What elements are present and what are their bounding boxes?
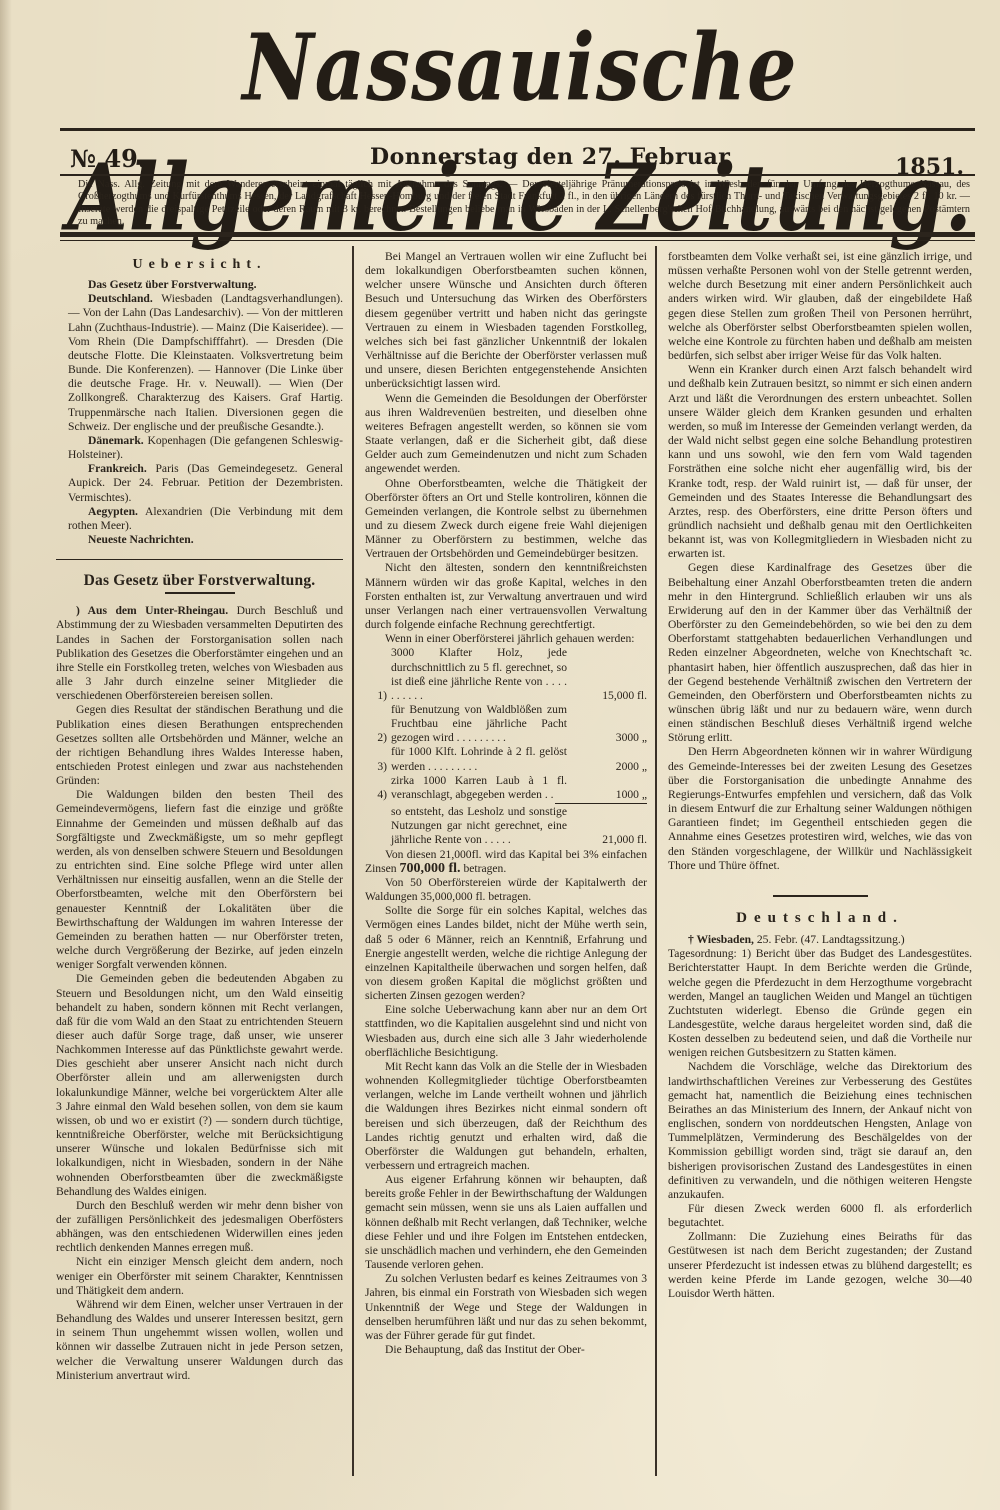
capital-text-end: betragen.: [463, 862, 506, 875]
article-paragraph: Sollte die Sorge für ein solches Kapital…: [365, 904, 647, 1003]
article-paragraph: Den Herrn Abgeordneten können wir in wah…: [668, 745, 972, 872]
calc-total-row: so entsteht, das Lesholz und sonstige Nu…: [365, 805, 647, 847]
calc-row: 4) zirka 1000 Karren Laub à 1 fl. verans…: [365, 774, 647, 802]
calc-text: 3000 Klafter Holz, jede durchschnittlich…: [391, 646, 567, 703]
article-lead: ) Aus dem Unter-Rheingau.: [76, 604, 228, 617]
article-paragraph: Wenn in einer Oberförsterei jährlich geh…: [365, 632, 647, 646]
dateline-rest: 25. Febr. (47. Landtagssitzung.): [757, 933, 905, 946]
issue-number: № 49.: [70, 144, 146, 173]
article-paragraph: Mit Recht kann das Volk an die Stelle de…: [365, 1060, 647, 1173]
overview-item-head: Aegypten.: [88, 505, 138, 518]
article-paragraph: ) Aus dem Unter-Rheingau. Durch Beschluß…: [56, 604, 343, 703]
article-paragraph: Gegen dies Resultat der ständischen Bera…: [56, 703, 343, 788]
article-paragraph: Tagesordnung: 1) Bericht über das Budget…: [668, 947, 972, 1060]
overview-item-text: Wiesbaden (Landtagsverhandlungen). — Von…: [68, 292, 343, 432]
calc-value: 15,000 fl.: [567, 689, 647, 703]
calc-total-value: 21,000 fl.: [567, 833, 647, 847]
article-paragraph: Für diesen Zweck werden 6000 fl. als erf…: [668, 1202, 972, 1230]
calc-number: 3): [365, 760, 391, 774]
issue-year: 1851.: [895, 154, 964, 180]
dateline-rule: [60, 174, 975, 176]
column-3: forstbeamten dem Volke verhaßt sei, ist …: [668, 250, 972, 1301]
article-paragraph: forstbeamten dem Volke verhaßt sei, ist …: [668, 250, 972, 363]
overview-list: Das Gesetz über Forstverwaltung. Deutsch…: [56, 278, 343, 547]
article-paragraph: Ohne Oberforstbeamten, welche die Thätig…: [365, 477, 647, 562]
article-paragraph: Zollmann: Die Zuziehung eines Beiraths f…: [668, 1230, 972, 1301]
article-paragraph: Nicht ein einziger Mensch gleicht dem an…: [56, 1255, 343, 1297]
overview-item: Frankreich. Paris (Das Gemeindegesetz. G…: [56, 462, 343, 504]
article-paragraph: Von 50 Oberförstereien würde der Kapital…: [365, 876, 647, 904]
article-germany-title: Deutschland.: [668, 911, 972, 925]
capital-value: 700,000 fl.: [399, 861, 460, 876]
calc-number: 4): [365, 788, 391, 802]
article-paragraph: Wenn ein Kranker durch einen Arzt falsch…: [668, 363, 972, 561]
calc-row: 2) für Benutzung von Waldblößen zum Fruc…: [365, 703, 647, 745]
article-paragraph: Zu solchen Verlusten bedarf es keines Ze…: [365, 1272, 647, 1343]
overview-divider: [56, 559, 343, 560]
overview-item: Aegypten. Alexandrien (Die Verbindung mi…: [56, 505, 343, 533]
overview-item-head: Dänemark.: [88, 434, 144, 447]
calc-text: zirka 1000 Karren Laub à 1 fl. veranschl…: [391, 774, 567, 802]
article-paragraph: Durch den Beschluß werden wir mehr denn …: [56, 1199, 343, 1256]
column-divider-1: [352, 246, 354, 1476]
calc-row: 1) 3000 Klafter Holz, jede durchschnittl…: [365, 646, 647, 703]
article-paragraph: Nachdem die Vorschläge, welche das Direk…: [668, 1060, 972, 1202]
overview-item-head: Das Gesetz über Forstverwaltung.: [88, 278, 257, 291]
article-paragraph: Die Gemeinden geben die bedeutenden Abga…: [56, 972, 343, 1199]
page-binding-shadow: [0, 0, 12, 1510]
capital-paragraph: Von diesen 21,000fl. wird das Kapital be…: [365, 848, 647, 876]
article-forest-title: Das Gesetz über Forstverwaltung.: [56, 574, 343, 588]
article-paragraph: Gegen diese Kardinalfrage des Gesetzes ü…: [668, 561, 972, 745]
revenue-calculation: 1) 3000 Klafter Holz, jede durchschnittl…: [365, 646, 647, 847]
article-paragraph: Aus eigener Erfahrung können wir behaupt…: [365, 1173, 647, 1272]
calc-total-text: so entsteht, das Lesholz und sonstige Nu…: [391, 805, 567, 847]
sum-rule: [555, 803, 647, 804]
notice-rule-thin: [60, 240, 975, 241]
article-paragraph: Während wir dem Einen, welcher unser Ver…: [56, 1298, 343, 1383]
overview-item-head: Neueste Nachrichten.: [88, 533, 194, 546]
calc-value: 2000 „: [567, 760, 647, 774]
calc-text: für Benutzung von Waldblößen zum Fruchtb…: [391, 703, 567, 745]
article-paragraph: Die Waldungen bilden den besten Theil de…: [56, 788, 343, 972]
overview-item: Dänemark. Kopenhagen (Die gefangenen Sch…: [56, 434, 343, 462]
article-paragraph: Wenn die Gemeinden die Besoldungen der O…: [365, 392, 647, 477]
overview-item: Das Gesetz über Forstverwaltung.: [56, 278, 343, 292]
overview-item: Neueste Nachrichten.: [56, 533, 343, 547]
overview-item-head: Deutschland.: [88, 292, 153, 305]
calc-value: 3000 „: [567, 731, 647, 745]
article-paragraph: Bei Mangel an Vertrauen wollen wir eine …: [365, 250, 647, 392]
newspaper-page: Nassauische Allgemeine Zeitung. № 49. Do…: [0, 0, 1000, 1510]
column-2: Bei Mangel an Vertrauen wollen wir eine …: [365, 250, 647, 1357]
calc-value: 1000 „: [567, 788, 647, 802]
masthead-rule: [60, 128, 975, 131]
masthead-title: Nassauische Allgemeine Zeitung.: [60, 4, 980, 134]
paragraph-text: Durch Beschluß und Abstimmung der zu Wie…: [56, 604, 343, 702]
calc-row: 3) für 1000 Klft. Lohrinde à 2 fl. gelös…: [365, 745, 647, 773]
overview-item: Deutschland. Wiesbaden (Landtagsverhandl…: [56, 292, 343, 434]
calc-number: 2): [365, 731, 391, 745]
notice-rule-thick: [60, 232, 975, 237]
dateline-place: † Wiesbaden,: [688, 933, 754, 946]
overview-title: Uebersicht.: [56, 258, 343, 272]
overview-item-head: Frankreich.: [88, 462, 147, 475]
calc-text: für 1000 Klft. Lohrinde à 2 fl. gelöst w…: [391, 745, 567, 773]
issue-date: Donnerstag den 27. Februar: [370, 144, 730, 170]
title-short-rule: [165, 592, 235, 594]
dateline: № 49. Donnerstag den 27. Februar 1851.: [70, 138, 970, 176]
germany-dateline: † Wiesbaden, 25. Febr. (47. Landtagssitz…: [668, 933, 972, 947]
column-1: Uebersicht. Das Gesetz über Forstverwalt…: [56, 250, 343, 1383]
subscription-notice: Die Nass. Allg. Zeitung mit dem Wanderer…: [78, 179, 970, 229]
article-paragraph: Eine solche Ueberwachung kann aber nur a…: [365, 1003, 647, 1060]
section-separator-rule: [773, 895, 868, 897]
calc-number: 1): [365, 689, 391, 703]
article-paragraph: Nicht den ältesten, sondern den kenntniß…: [365, 561, 647, 632]
column-divider-2: [655, 246, 657, 1476]
article-paragraph: Die Behauptung, daß das Institut der Obe…: [365, 1343, 647, 1357]
